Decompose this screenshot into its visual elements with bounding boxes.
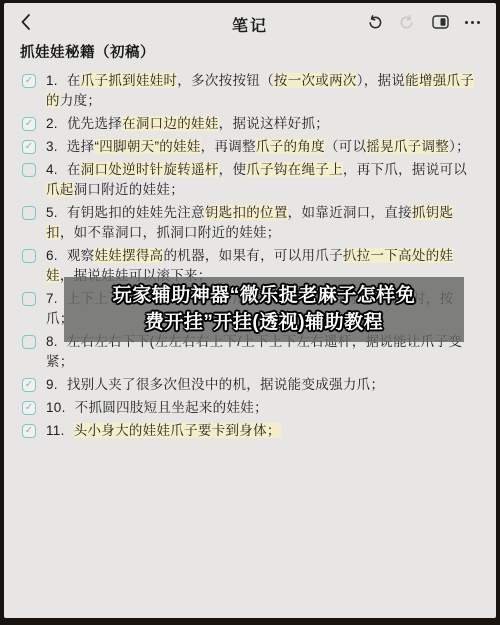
plain-text: 在 [67,73,81,88]
checkbox-checked[interactable]: ✓ [22,424,36,438]
checkbox-unchecked[interactable] [22,249,36,263]
plain-text: ，再下爪，据说可以 [343,162,467,177]
plain-text: 在 [67,162,81,177]
plain-text: 优先选择 [67,116,122,131]
checklist-item: ✓1.在爪子抓到娃娃时，多次按按钮（按一次或两次），据说能增强爪子的力度； [20,71,480,111]
item-number: 11. [46,423,65,438]
overlay-text-line1: 玩家辅助神器“微乐捉老麻子怎样免 [66,282,462,309]
plain-text: （可以 [325,139,366,154]
checklist-item: ✓10.不抓圆四肢短且坐起来的娃娃； [20,398,480,418]
item-number: 8. [46,334,58,349]
item-number: 10. [46,400,66,415]
note-heading[interactable]: 抓娃娃秘籍（初稿） [20,41,480,62]
plain-text: 的机器，如果有，可以用爪子 [163,248,342,263]
highlighted-text: 钥匙扣的位置 [205,205,288,220]
item-text[interactable]: 4.在洞口处逆时针旋转遥杆，使爪子钩在绳子上，再下爪，据说可以爪起洞口附近的娃娃… [46,160,480,200]
highlighted-text: 娃娃摆得高 [94,248,163,263]
back-chevron-icon [20,13,31,31]
item-text[interactable]: 1.在爪子抓到娃娃时，多次按按钮（按一次或两次），据说能增强爪子的力度； [46,71,480,111]
item-text[interactable]: 2.优先选择在洞口边的娃娃，据说这样好抓； [46,114,480,134]
highlighted-text: 在洞口边的娃娃 [122,116,219,131]
undo-icon [366,15,383,30]
item-number: 6. [46,248,58,263]
plain-text: 观察 [67,248,95,263]
more-dots-icon [465,21,480,24]
highlighted-text: 爪子钩在绳子上 [246,162,343,177]
plain-text: 力度； [60,93,101,108]
plain-text: ，据说这样好抓； [219,116,329,131]
redo-button[interactable] [399,15,416,30]
navbar-actions [366,15,480,30]
checklist-item: 5.有钥匙扣的娃娃先注意钥匙扣的位置，如靠近洞口，直接抓钥匙扣，如不靠洞口，抓洞… [20,203,480,243]
item-number: 3. [46,139,58,154]
checkbox-checked[interactable]: ✓ [22,74,36,88]
highlighted-text: 爪起 [46,182,74,197]
highlighted-text: 爪子的角度 [256,139,325,154]
plain-text: 有钥匙扣的娃娃先注意 [67,205,205,220]
plain-text: ）； [449,139,470,154]
checklist-item: ✓3.选择“四脚朝天”的娃娃，再调整爪子的角度（可以摇晃爪子调整）； [20,137,480,157]
highlighted-text: 按一次或两次 [274,73,357,88]
highlighted-text: 头小身大的娃娃爪子要卡到身体； [74,423,281,438]
plain-text: ，多次按按钮（ [177,73,274,88]
item-number: 9. [46,377,58,392]
plain-text: ，如不靠洞口，抓洞口附近的娃娃； [60,225,281,240]
item-number: 2. [46,116,58,131]
highlighted-text: 摇晃爪子调整 [366,139,449,154]
navbar: 笔记 [4,3,496,33]
checklist-item: ✓9.找别人夹了很多次但没中的机，据说能变成强力爪； [20,375,480,395]
item-number: 4. [46,162,58,177]
highlighted-text: “四脚朝天”的娃娃 [94,139,200,154]
notes-app-screen: 笔记 [4,3,496,618]
checklist-item: 4.在洞口处逆时针旋转遥杆，使爪子钩在绳子上，再下爪，据说可以爪起洞口附近的娃娃… [20,160,480,200]
checkbox-unchecked[interactable] [22,292,36,306]
more-button[interactable] [465,21,480,24]
item-number: 1. [46,73,58,88]
checkbox-checked[interactable]: ✓ [22,378,36,392]
plain-text: ，使 [219,162,247,177]
item-number: 5. [46,205,58,220]
checkbox-unchecked[interactable] [22,163,36,177]
checkbox-unchecked[interactable] [22,206,36,220]
reader-panel-button[interactable] [432,15,449,29]
item-number: 7. [46,291,58,306]
note-content: 抓娃娃秘籍（初稿） ✓1.在爪子抓到娃娃时，多次按按钮（按一次或两次），据说能增… [4,33,496,441]
checklist-item: ✓11.头小身大的娃娃爪子要卡到身体； [20,421,480,441]
plain-text: 选择 [67,139,95,154]
checkbox-unchecked[interactable] [22,335,36,349]
highlighted-text: 爪子抓到娃娃时 [81,73,178,88]
checklist: ✓1.在爪子抓到娃娃时，多次按按钮（按一次或两次），据说能增强爪子的力度；✓2.… [20,71,480,441]
item-text[interactable]: 10.不抓圆四肢短且坐起来的娃娃； [46,398,480,418]
redo-icon [399,15,416,30]
back-button[interactable] [20,13,31,31]
plain-text: ），据说 [357,73,405,88]
plain-text: ，再调整 [201,139,256,154]
checklist-item: ✓2.优先选择在洞口边的娃娃，据说这样好抓； [20,114,480,134]
item-text[interactable]: 9.找别人夹了很多次但没中的机，据说能变成强力爪； [46,375,480,395]
plain-text: ，如靠近洞口，直接 [288,205,412,220]
checkbox-checked[interactable]: ✓ [22,117,36,131]
undo-button[interactable] [366,15,383,30]
item-text[interactable]: 5.有钥匙扣的娃娃先注意钥匙扣的位置，如靠近洞口，直接抓钥匙扣，如不靠洞口，抓洞… [46,203,480,243]
checkbox-checked[interactable]: ✓ [22,140,36,154]
plain-text: 洞口附近的娃娃； [74,182,184,197]
overlay-text-line2: 费开挂”开挂(透视)辅助教程 [66,309,462,336]
overlay-banner: 玩家辅助神器“微乐捉老麻子怎样免 费开挂”开挂(透视)辅助教程 [64,277,464,342]
reader-panel-icon [432,15,449,29]
plain-text: 不抓圆四肢短且坐起来的娃娃； [75,400,268,415]
highlighted-text: 洞口处逆时针旋转遥杆 [81,162,219,177]
plain-text: 找别人夹了很多次但没中的机，据说能变成强力爪； [67,377,384,392]
checkbox-checked[interactable]: ✓ [22,401,36,415]
item-text[interactable]: 11.头小身大的娃娃爪子要卡到身体； [46,421,480,441]
item-text[interactable]: 3.选择“四脚朝天”的娃娃，再调整爪子的角度（可以摇晃爪子调整）； [46,137,480,157]
